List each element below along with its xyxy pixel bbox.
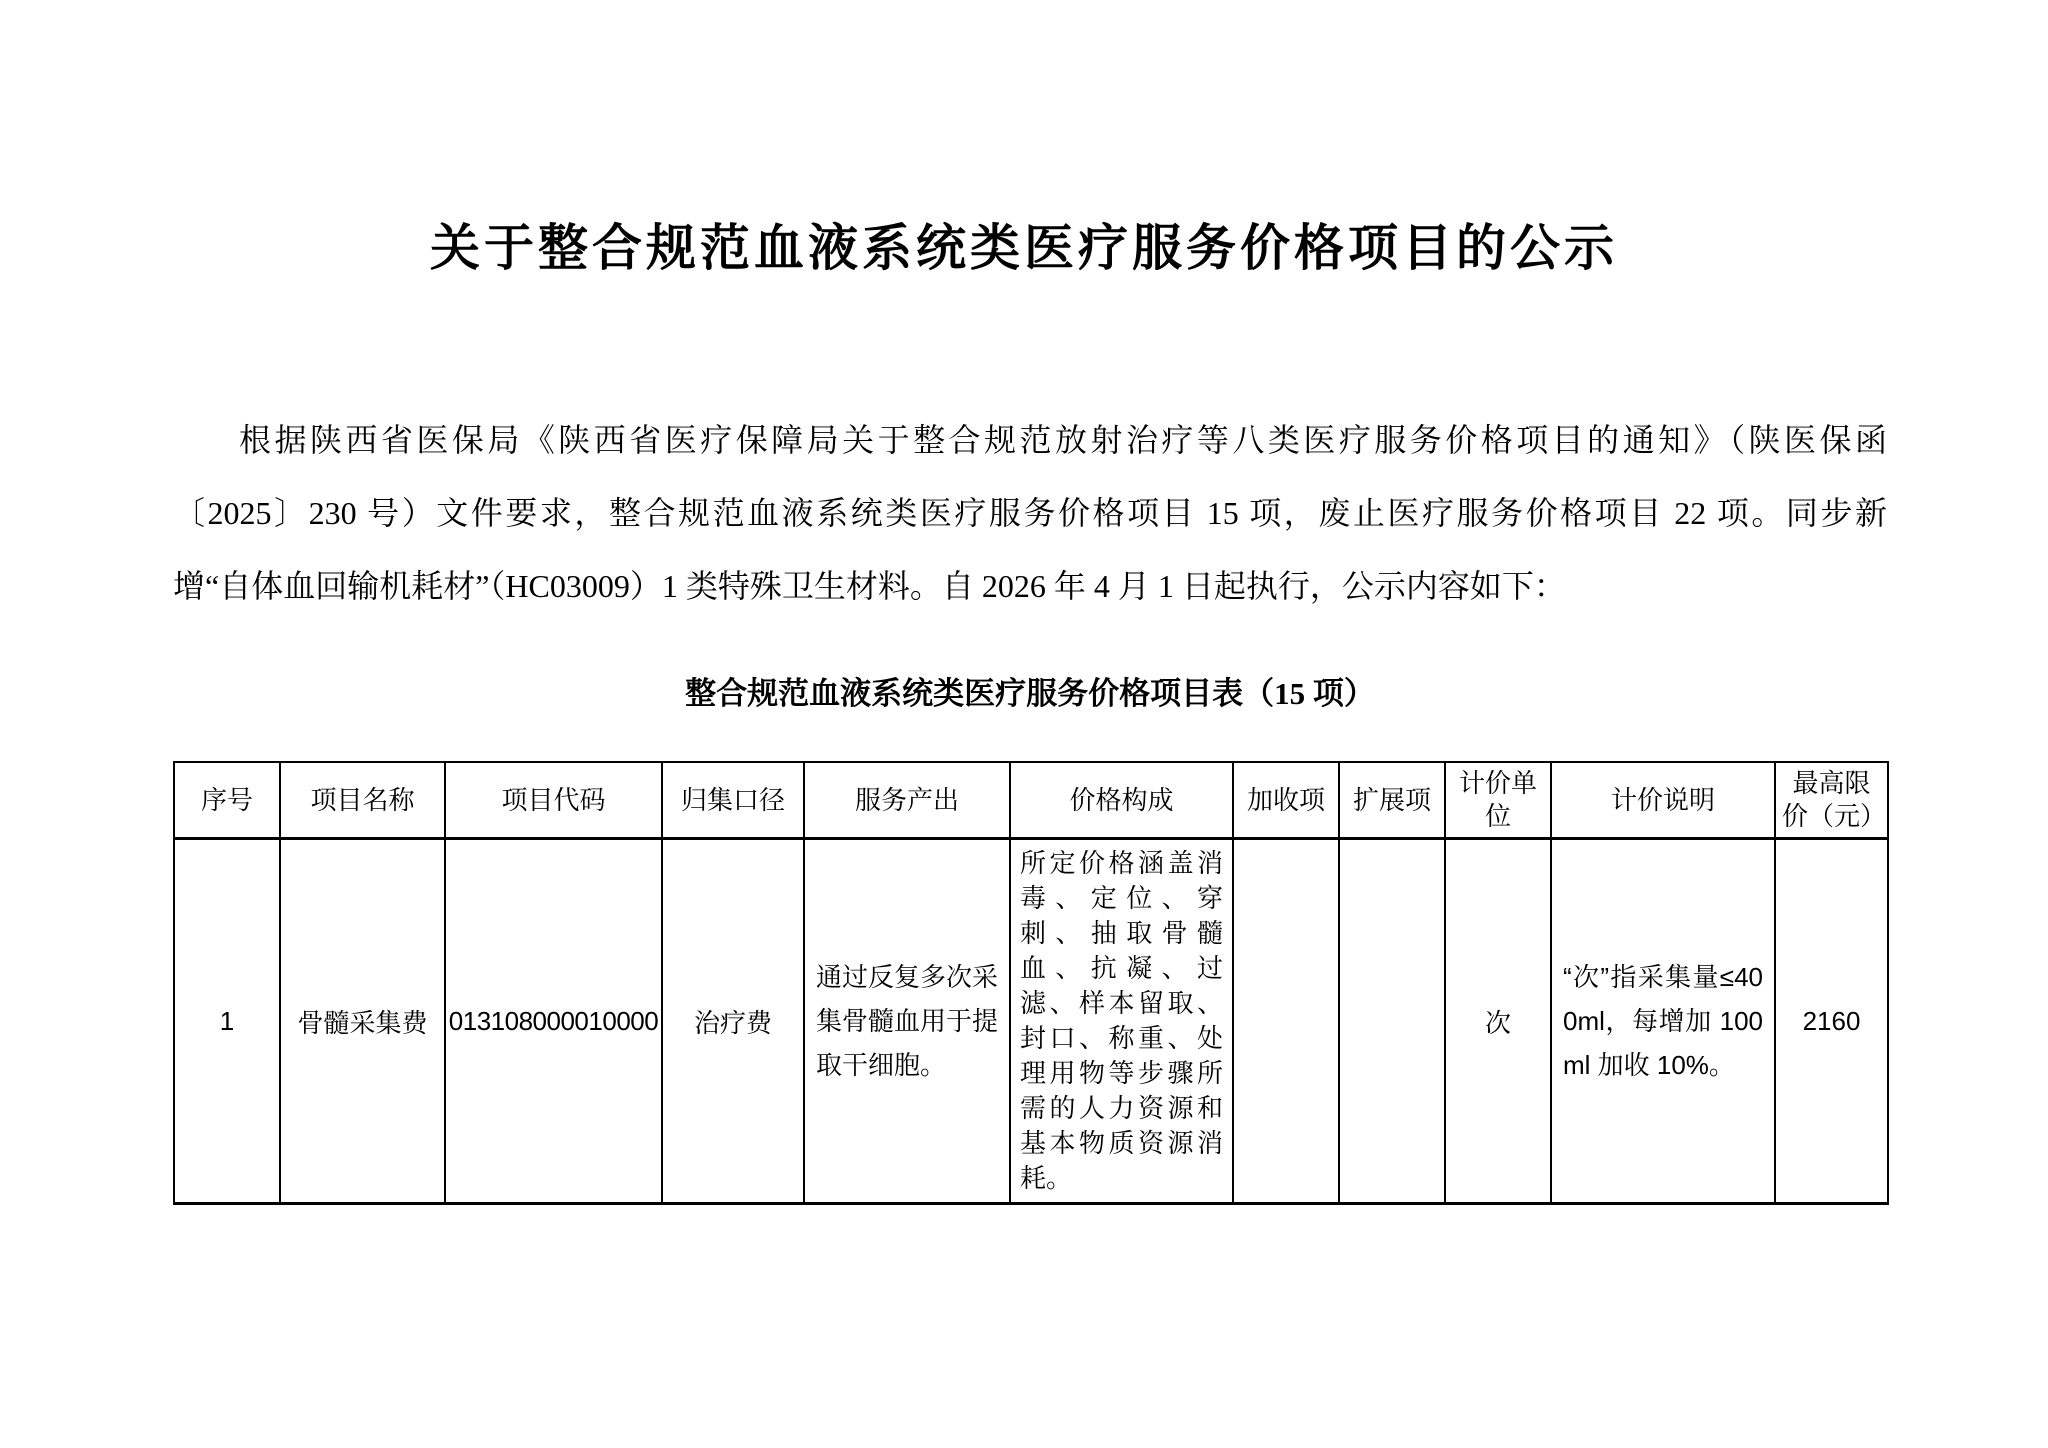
cell-unit: 次 xyxy=(1445,839,1551,1204)
cell-surcharge xyxy=(1233,839,1339,1204)
cell-name: 骨髓采集费 xyxy=(280,839,445,1204)
col-header-composition: 价格构成 xyxy=(1010,762,1233,839)
cell-extension xyxy=(1339,839,1445,1204)
cell-seq: 1 xyxy=(174,839,280,1204)
cell-max-price: 2160 xyxy=(1775,839,1888,1204)
cell-composition: 所定价格涵盖消毒、定位、穿刺、抽取骨髓血、抗凝、过滤、样本留取、封口、称重、处理… xyxy=(1010,839,1233,1204)
body-paragraph: 根据陕西省医保局《陕西省医疗保障局关于整合规范放射治疗等八类医疗服务价格项目的通… xyxy=(173,404,1887,623)
table-row: 1 骨髓采集费 013108000010000 治疗费 通过反复多次采集骨髓血用… xyxy=(174,839,1888,1204)
cell-output: 通过反复多次采集骨髓血用于提取干细胞。 xyxy=(804,839,1010,1204)
col-header-unit: 计价单位 xyxy=(1445,762,1551,839)
col-header-pricing-note: 计价说明 xyxy=(1551,762,1775,839)
col-header-seq: 序号 xyxy=(174,762,280,839)
col-header-output: 服务产出 xyxy=(804,762,1010,839)
table-header-row: 序号 项目名称 项目代码 归集口径 服务产出 价格构成 加收项 扩展项 计价单位… xyxy=(174,762,1888,839)
col-header-max-price: 最高限价（元） xyxy=(1775,762,1888,839)
cell-pricing-note: “次”指采集量≤400ml，每增加 100ml 加收 10%。 xyxy=(1551,839,1775,1204)
paragraph-line-3: 增“自体血回输机耗材”（HC03009）1 类特殊卫生材料。自 2026 年 4… xyxy=(173,550,1887,623)
col-header-code: 项目代码 xyxy=(445,762,662,839)
col-header-surcharge: 加收项 xyxy=(1233,762,1339,839)
page-title: 关于整合规范血液系统类医疗服务价格项目的公示 xyxy=(0,0,2048,274)
cell-category: 治疗费 xyxy=(662,839,804,1204)
paragraph-line-2: 〔2025〕230 号）文件要求，整合规范血液系统类医疗服务价格项目 15 项，… xyxy=(173,477,1887,550)
paragraph-line-1: 根据陕西省医保局《陕西省医疗保障局关于整合规范放射治疗等八类医疗服务价格项目的通… xyxy=(173,404,1887,477)
col-header-category: 归集口径 xyxy=(662,762,804,839)
col-header-extension: 扩展项 xyxy=(1339,762,1445,839)
price-table: 序号 项目名称 项目代码 归集口径 服务产出 价格构成 加收项 扩展项 计价单位… xyxy=(173,761,1889,1205)
table-title: 整合规范血液系统类医疗服务价格项目表（15 项） xyxy=(173,677,1887,711)
document-page: 关于整合规范血液系统类医疗服务价格项目的公示 根据陕西省医保局《陕西省医疗保障局… xyxy=(0,0,2048,1448)
cell-code: 013108000010000 xyxy=(445,839,662,1204)
col-header-name: 项目名称 xyxy=(280,762,445,839)
